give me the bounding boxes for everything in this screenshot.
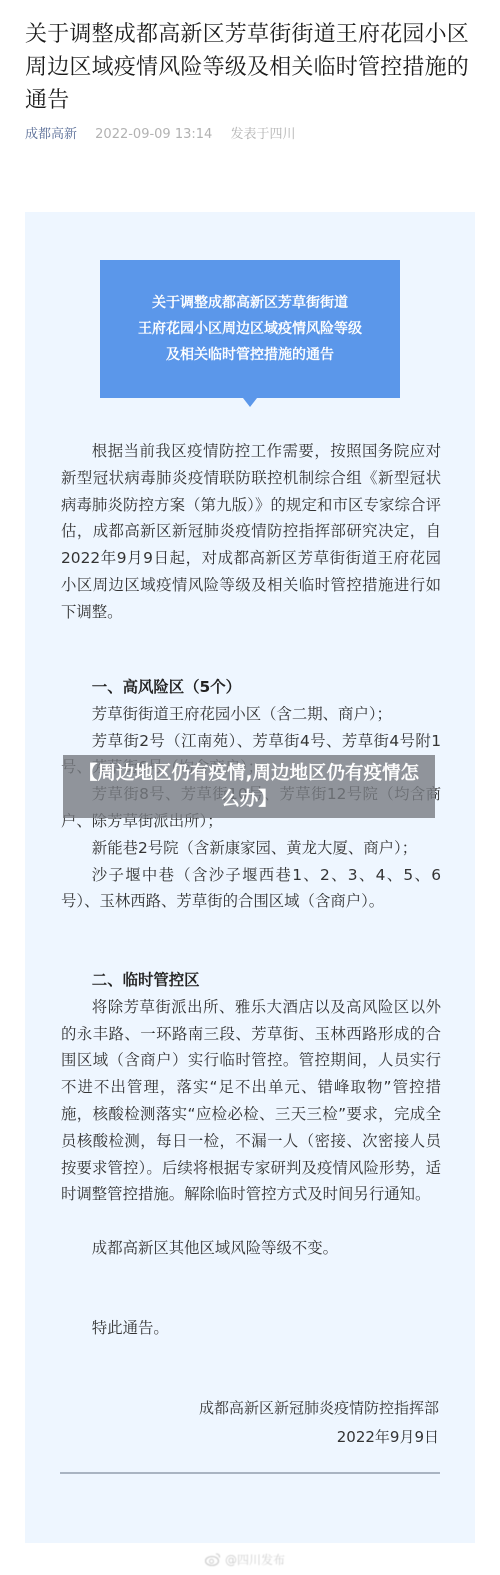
publish-time: 2022-09-09 13:14 [95,127,212,142]
overlay-text: 【周边地区仍有疫情,周边地区仍有疫情怎么办】 [73,761,425,813]
watermark-text: @四川发布 [225,1551,285,1568]
banner-line: 关于调整成都高新区芳草街街道 [152,290,348,316]
list-item: 芳草街街道王府花园小区（含二期、商户）； [61,701,441,728]
notice-image: 关于调整成都高新区芳草街街道 王府花园小区周边区域疫情风险等级 及相关临时管控措… [25,212,475,1543]
list-item: 沙子堰中巷（含沙子堰西巷1、2、3、4、5、6号）、玉林西路、芳草街的合围区域（… [61,862,441,916]
publish-location: 发表于四川 [230,127,295,142]
notice-intro: 根据当前我区疫情防控工作需要，按照国务院应对新型冠状病毒肺炎疫情联防联控机制综合… [61,438,441,626]
watermark: @四川发布 [205,1549,285,1569]
banner-arrow-icon [243,398,257,407]
list-item: 新能巷2号院（含新康家园、黄龙大厦、商户）； [61,835,441,862]
article-meta: 成都高新 2022-09-09 13:14 发表于四川 [25,125,295,145]
author-link[interactable]: 成都高新 [25,127,77,142]
divider [60,1472,440,1474]
signature-org: 成都高新区新冠肺炎疫情防控指挥部 [139,1395,439,1422]
banner-line: 及相关临时管控措施的通告 [166,342,334,368]
banner-line: 王府花园小区周边区域疫情风险等级 [138,316,362,342]
section-heading: 二、临时管控区 [61,967,441,994]
closing-text: 特此通告。 [61,1315,441,1342]
section-text: 将除芳草街派出所、雅乐大酒店以及高风险区以外的永丰路、一环路南三段、芳草街、玉林… [61,994,441,1208]
other-areas-note: 成都高新区其他区域风险等级不变。 [61,1235,441,1262]
notice-title-banner: 关于调整成都高新区芳草街街道 王府花园小区周边区域疫情风险等级 及相关临时管控措… [100,260,400,398]
signature-date: 2022年9月9日 [139,1424,439,1451]
article-title: 关于调整成都高新区芳草街街道王府花园小区周边区域疫情风险等级及相关临时管控措施的… [25,18,480,117]
section-temp-control: 二、临时管控区 将除芳草街派出所、雅乐大酒店以及高风险区以外的永丰路、一环路南三… [61,967,441,1208]
section-heading: 一、高风险区（5个） [61,674,441,701]
headline-overlay: 【周边地区仍有疫情,周边地区仍有疫情怎么办】 [63,755,435,818]
weibo-icon [205,1552,221,1566]
